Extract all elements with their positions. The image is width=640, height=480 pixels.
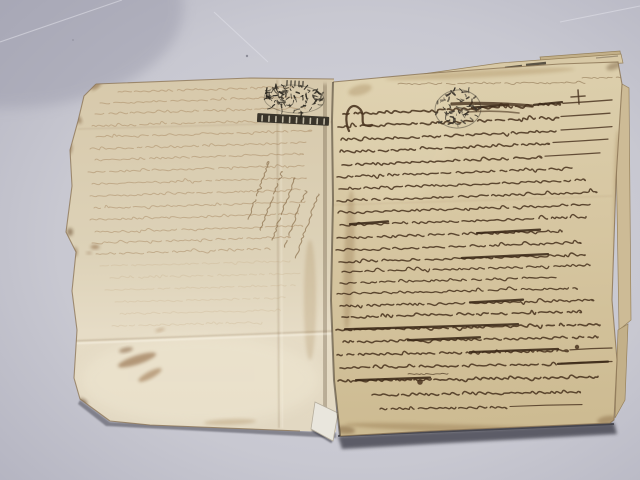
paper-stain xyxy=(304,240,316,360)
photo-of-manuscript xyxy=(0,0,640,480)
stamp-engraving-stroke xyxy=(281,105,282,108)
ink-blot xyxy=(417,379,423,385)
paper-stain xyxy=(87,252,92,254)
left-page xyxy=(65,78,336,432)
paper-stain xyxy=(91,245,100,249)
left-page-highlight xyxy=(80,335,320,425)
left-page-gutter-shadow xyxy=(324,84,326,430)
stamp-engraving-stroke xyxy=(279,102,284,103)
stamp-engraving-stroke xyxy=(294,96,295,98)
stamp-engraving-stroke xyxy=(445,117,446,120)
stamp-engraving-stroke xyxy=(308,90,310,91)
stamp-engraving-stroke xyxy=(462,92,467,93)
ink-blot xyxy=(503,230,506,233)
backdrop-speck xyxy=(246,55,248,57)
right-page xyxy=(325,55,623,438)
stamp-engraving-stroke xyxy=(478,107,480,108)
manuscript-scene xyxy=(0,0,640,480)
ink-blot xyxy=(575,345,579,349)
stamp-engraving-stroke xyxy=(457,124,460,125)
stamp-engraving-stroke xyxy=(273,95,277,96)
backdrop-speck xyxy=(72,39,74,41)
stamp-engraving-stroke xyxy=(447,113,449,114)
stamp-engraving-stroke xyxy=(315,99,321,100)
stamp-engraving-stroke xyxy=(313,95,314,97)
stamp-engraving-stroke xyxy=(447,120,450,121)
cross-mark-stroke xyxy=(578,90,579,104)
